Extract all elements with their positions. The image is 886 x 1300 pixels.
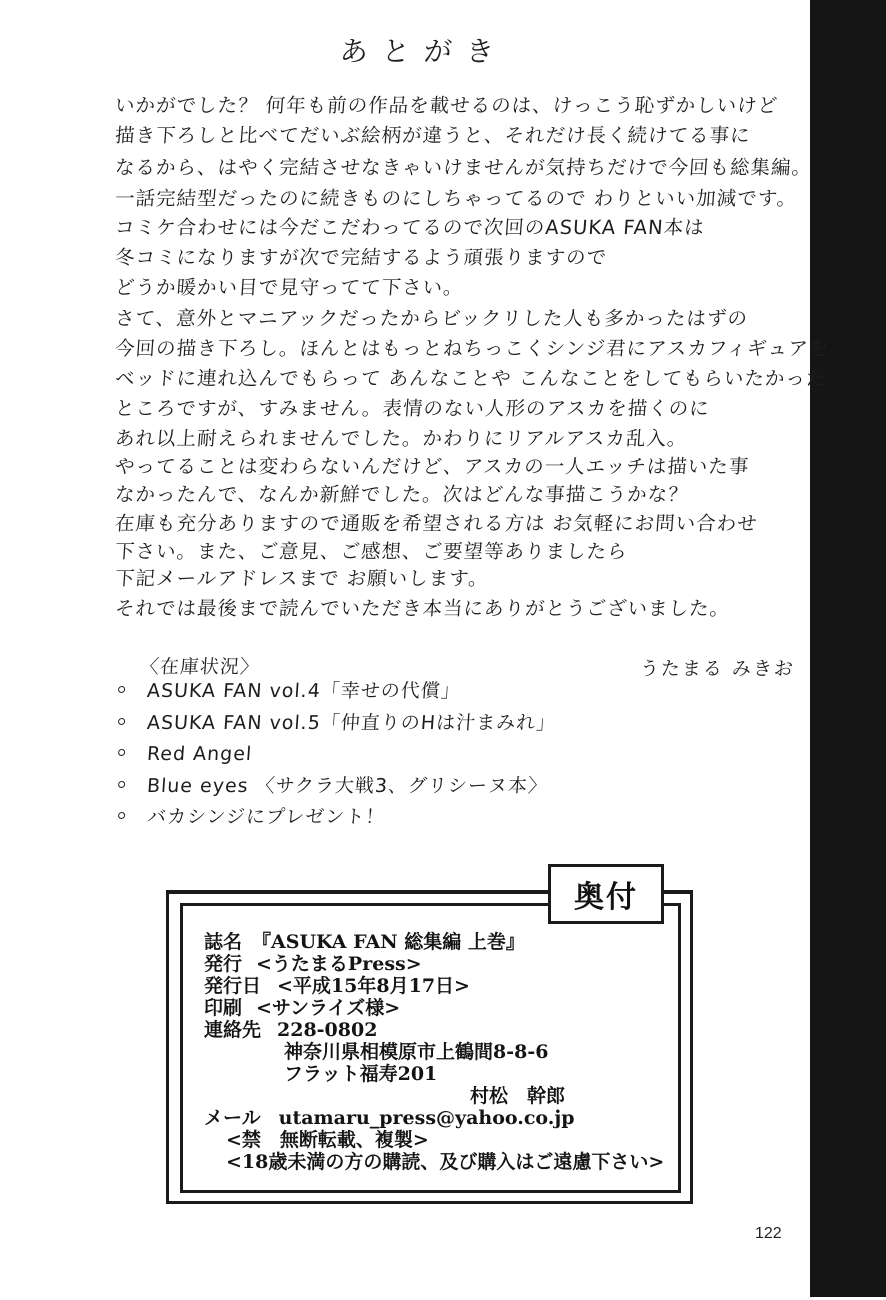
page-number: 122 [755, 1225, 782, 1243]
colophon-row-contact: 連絡先228-0802 [204, 1019, 377, 1041]
colophon-value: 『ASUKA FAN 総集編 上巻』 [252, 931, 525, 953]
colophon-value: <平成15年8月17日> [277, 975, 470, 997]
colophon-key: 発行日 [204, 975, 261, 997]
afterword-line: 下記メールアドレスまで お願いします。 [114, 567, 489, 591]
colophon-address-line2: フラット福寿201 [284, 1063, 437, 1085]
colophon-key: メール [204, 1107, 261, 1129]
afterword-page: あとがき いかがでした？ 何年も前の作品を載せるのは、けっこう恥ずかしいけど 描… [0, 0, 886, 1300]
colophon-value: <うたまるPress> [256, 953, 422, 975]
afterword-title: あとがき [339, 30, 510, 70]
author-signature: うたまる みきお [639, 654, 796, 681]
colophon-address-line1: 神奈川県相模原市上鶴間8-8-6 [284, 1041, 548, 1063]
bullet-icon [118, 749, 125, 756]
colophon-value: <サンライズ様> [256, 997, 400, 1019]
stock-list-item: ASUKA FAN vol.4「幸せの代償」 [117, 678, 462, 704]
colophon-value: 228-0802 [277, 1019, 377, 1041]
page-edge-band [810, 0, 886, 1297]
stock-heading: 〈在庫状況〉 [139, 652, 261, 679]
afterword-line: コミケ合わせには今だこだわってるので次回のASUKA FAN本は [114, 216, 705, 240]
colophon-row-printer: 印刷<サンライズ様> [204, 997, 400, 1019]
bullet-icon [118, 812, 125, 819]
colophon-key: 連絡先 [204, 1019, 261, 1041]
colophon-email[interactable]: utamaru_press@yahoo.co.jp [279, 1107, 575, 1129]
colophon-notice-reprint: <禁 無断転載、複製> [226, 1129, 429, 1151]
afterword-line: さて、意外とマニアックだったからビックリした人も多かったはずの [114, 307, 749, 331]
stock-item-label: ASUKA FAN vol.4「幸せの代償」 [146, 680, 461, 702]
afterword-line: ところですが、すみません。表情のない人形のアスカを描くのに [114, 397, 710, 421]
bullet-icon [118, 781, 125, 788]
bullet-icon [118, 718, 125, 725]
colophon-key: 誌名 [204, 931, 242, 953]
afterword-line: いかがでした？ 何年も前の作品を載せるのは、けっこう恥ずかしいけど [114, 94, 779, 118]
stock-item-label: Blue eyes 〈サクラ大戦3、グリシーヌ本〉 [146, 775, 549, 797]
afterword-line: 一話完結型だったのに続きものにしちゃってるので わりといい加減です。 [114, 187, 798, 211]
colophon-label-box: 奥付 [548, 864, 664, 924]
colophon-label: 奥付 [574, 872, 638, 916]
stock-list-item: バカシンジにプレゼント！ [117, 804, 386, 830]
stock-item-label: Red Angel [146, 743, 253, 765]
afterword-line: 下さい。また、ご意見、ご感想、ご要望等ありましたら [114, 540, 628, 564]
colophon-row-date: 発行日<平成15年8月17日> [204, 975, 470, 997]
stock-list-item: ASUKA FAN vol.5「仲直りのHは汁まみれ」 [117, 710, 557, 736]
stock-list-item: Red Angel [117, 741, 253, 767]
stock-item-label: ASUKA FAN vol.5「仲直りのHは汁まみれ」 [146, 712, 557, 734]
afterword-line: 描き下ろしと比べてだいぶ絵柄が違うと、それだけ長く続けてる事に [114, 124, 751, 148]
afterword-line: どうか暖かい目で見守ってて下さい。 [114, 276, 464, 300]
colophon-contact-name: 村松 幹郎 [470, 1085, 565, 1107]
colophon-row-mail: メールutamaru_press@yahoo.co.jp [204, 1107, 575, 1129]
colophon-row-publisher: 発行<うたまるPress> [204, 953, 422, 975]
afterword-line: やってることは変わらないんだけど、アスカの一人エッチは描いた事 [114, 455, 750, 479]
colophon-row-title: 誌名『ASUKA FAN 総集編 上巻』 [204, 931, 525, 953]
afterword-line: 在庫も充分ありますので通販を希望される方は お気軽にお問い合わせ [114, 512, 758, 536]
stock-list-item: Blue eyes 〈サクラ大戦3、グリシーヌ本〉 [117, 773, 549, 799]
colophon-key: 印刷 [204, 997, 242, 1019]
afterword-line: ベッドに連れ込んでもらって あんなことや こんなことをしてもらいたかった [114, 367, 827, 391]
afterword-line: なるから、はやく完結させなきゃいけませんが気持ちだけで今回も総集編。 [114, 156, 813, 180]
afterword-line: あれ以上耐えられませんでした。かわりにリアルアスカ乱入。 [114, 427, 688, 451]
colophon-notice-age: <18歳未満の方の購読、及び購入はご遠慮下さい> [226, 1151, 664, 1173]
afterword-line: それでは最後まで読んでいただき本当にありがとうございました。 [114, 597, 731, 621]
afterword-line: なかったんで、なんか新鮮でした。次はどんな事描こうかな？ [114, 483, 689, 507]
afterword-line: 冬コミになりますが次で完結するよう頑張りますので [114, 246, 608, 270]
afterword-line: 今回の描き下ろし。ほんとはもっとねちっこくシンジ君にアスカフィギュアを [114, 337, 830, 361]
bullet-icon [118, 686, 125, 693]
stock-item-label: バカシンジにプレゼント！ [146, 806, 386, 828]
colophon-key: 発行 [204, 953, 242, 975]
